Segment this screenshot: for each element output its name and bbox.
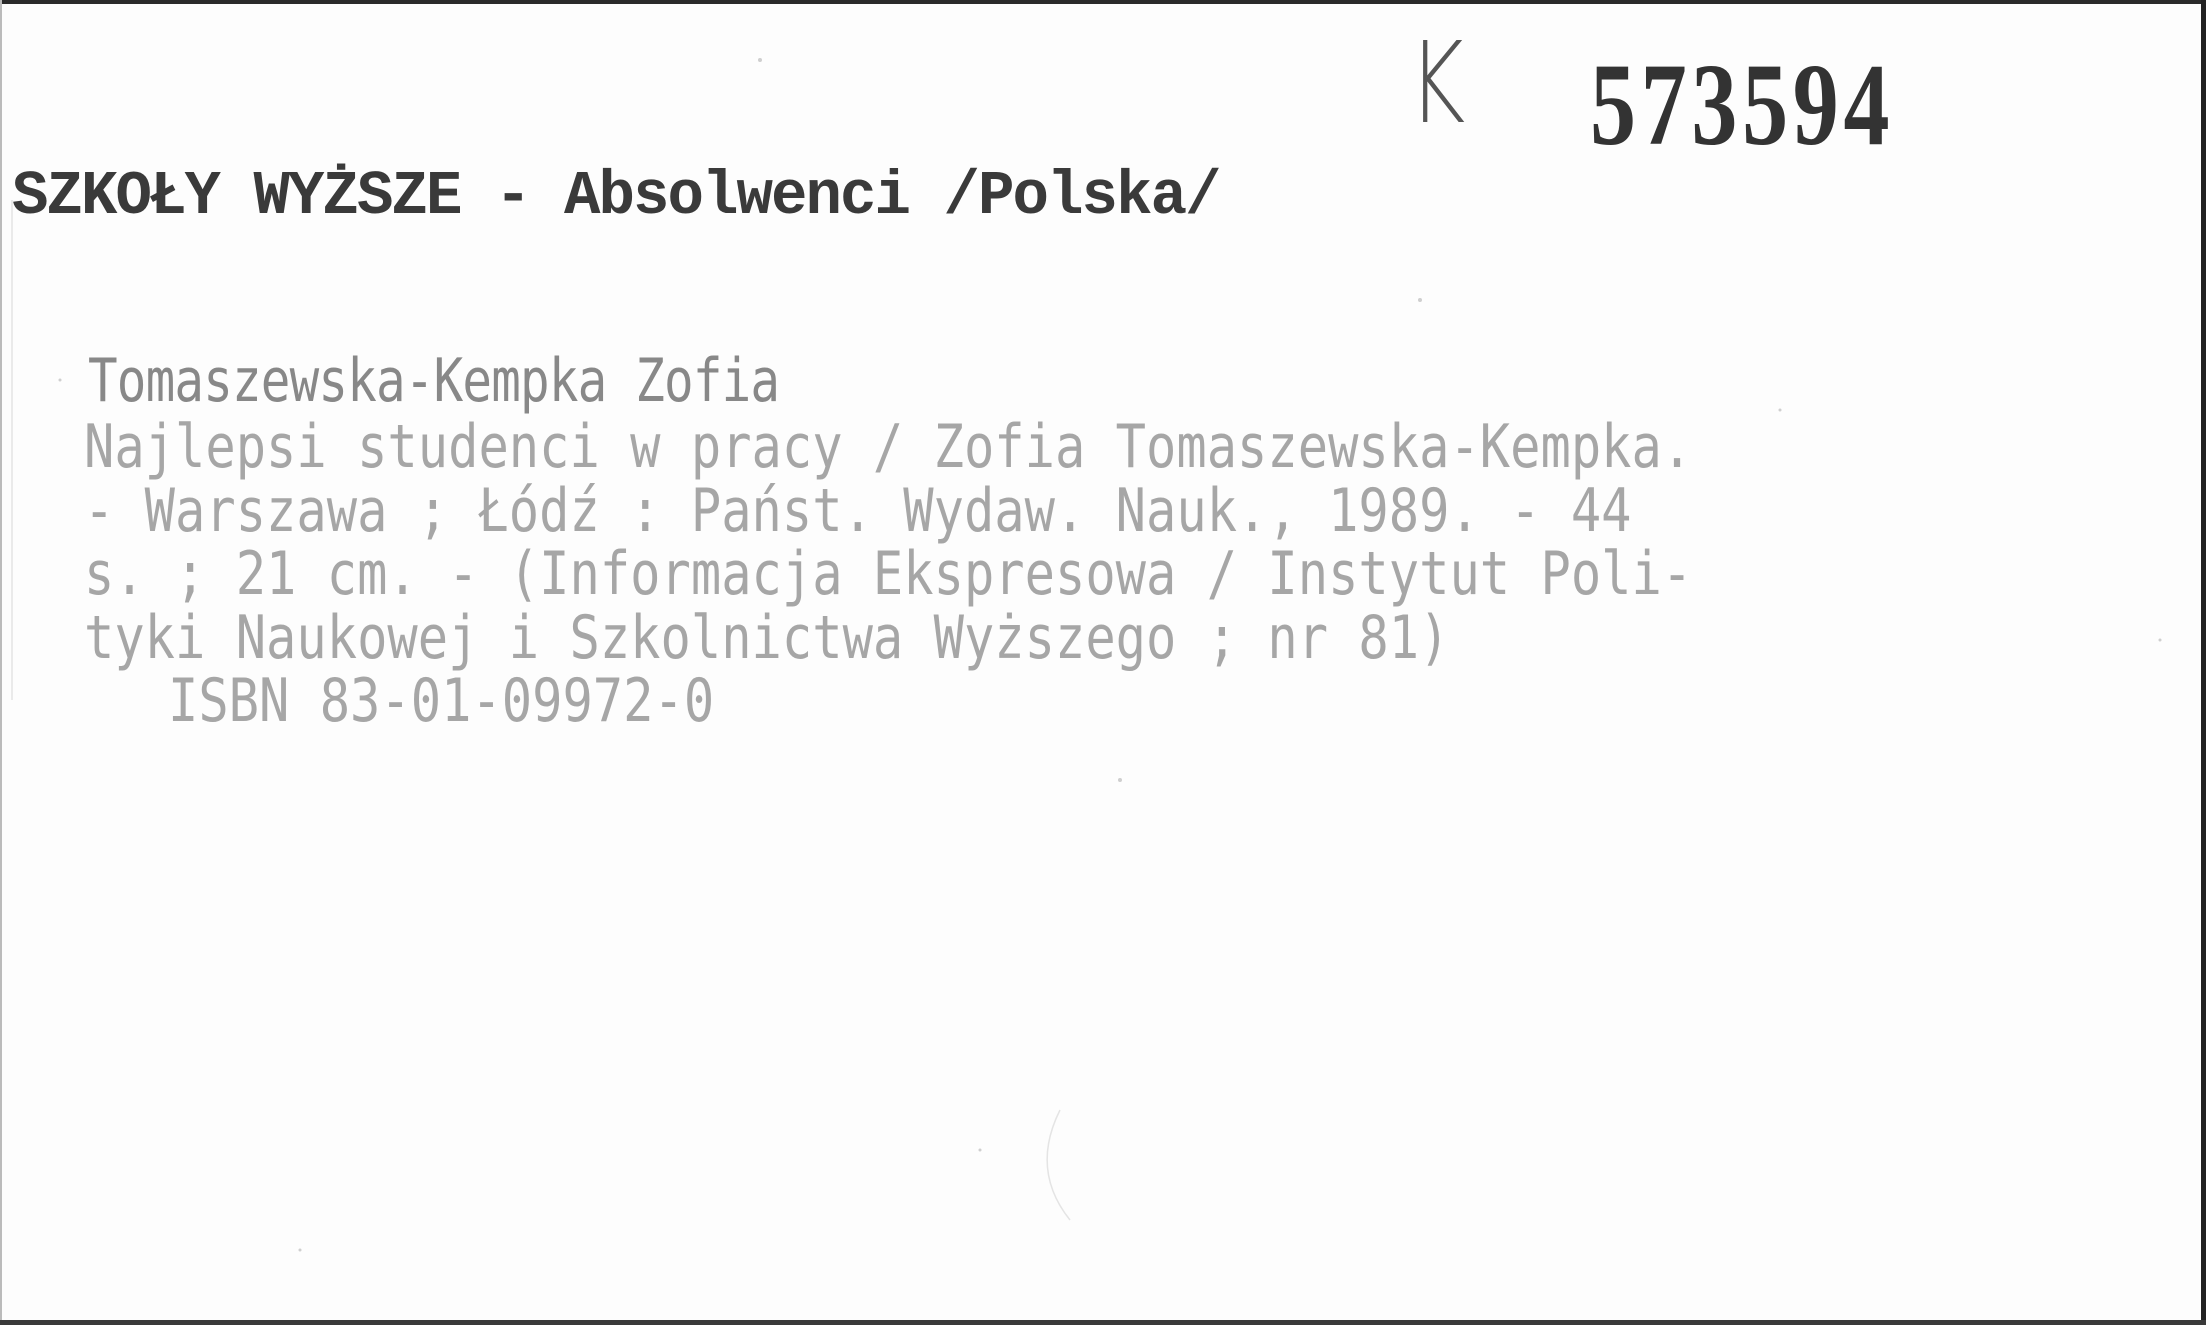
- bibliographic-entry: Tomaszewska-Kempka Zofia Najlepsi studen…: [84, 346, 1999, 734]
- description-line-4: tyki Naukowej i Szkolnictwa Wyższego ; n…: [84, 607, 1692, 671]
- card-edge-right: [2201, 0, 2206, 1325]
- card-edge-top: [0, 0, 2206, 4]
- catalog-card: K 573594 SZKOŁY WYŻSZE - Absolwenci /Pol…: [0, 0, 2206, 1325]
- subject-heading: SZKOŁY WYŻSZE - Absolwenci /Polska/: [12, 166, 1220, 228]
- description-line-1: Najlepsi studenci w pracy / Zofia Tomasz…: [84, 416, 1692, 480]
- call-number: 573594: [1590, 46, 1894, 164]
- card-edge-left: [0, 0, 2, 1325]
- card-edge-bottom: [0, 1320, 2206, 1325]
- author-name: Tomaszewska-Kempka Zofia: [88, 346, 1655, 416]
- call-number-prefix: K: [1408, 28, 1465, 140]
- isbn: ISBN 83-01-09972-0: [168, 670, 1706, 734]
- description-line-3: s. ; 21 cm. - (Informacja Ekspresowa / I…: [84, 543, 1692, 607]
- description-line-2: - Warszawa ; Łódź : Państ. Wydaw. Nauk.,…: [84, 480, 1692, 544]
